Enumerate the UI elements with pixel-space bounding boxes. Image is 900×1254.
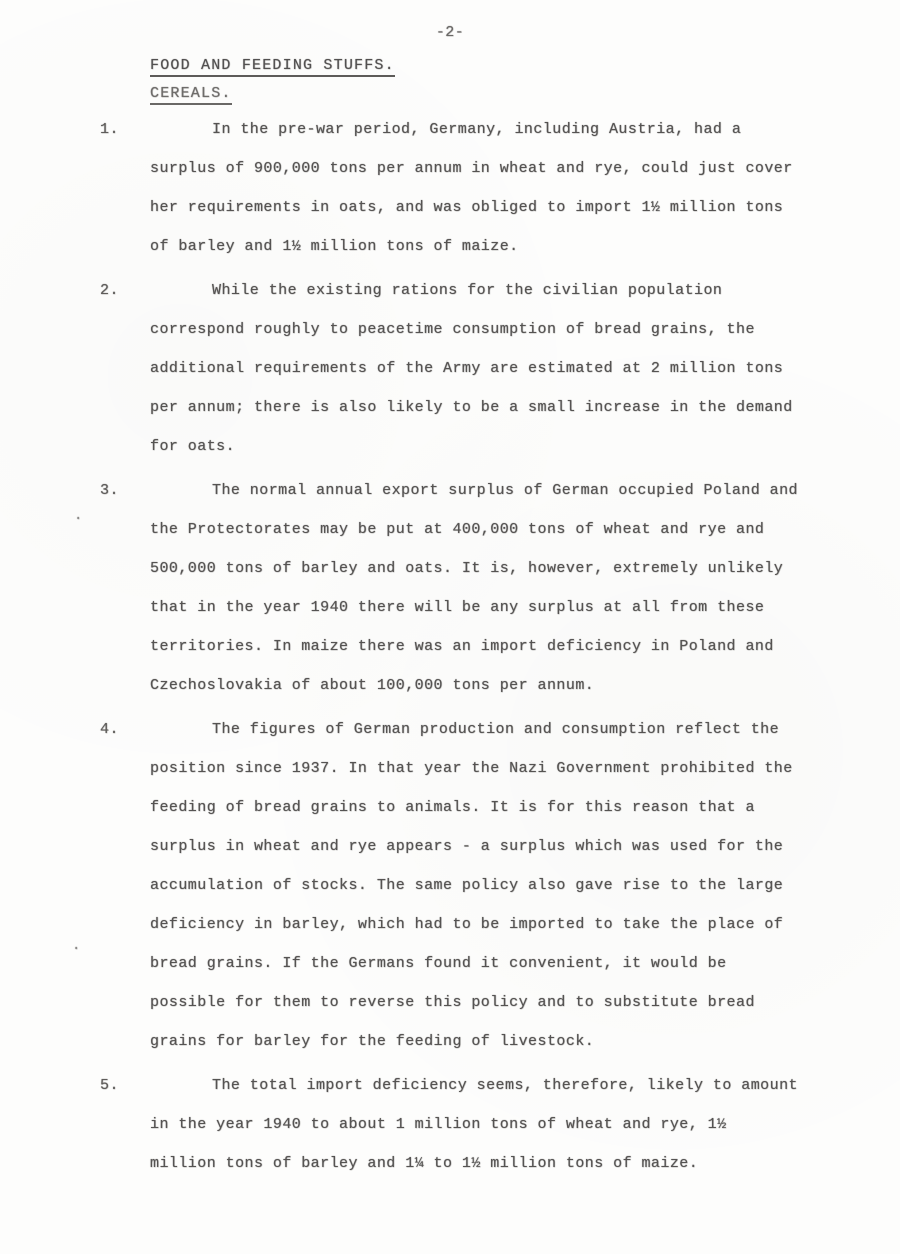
heading-block: FOOD AND FEEDING STUFFS. CEREALS. bbox=[150, 41, 800, 105]
paragraph-text: The normal annual export surplus of Germ… bbox=[150, 466, 798, 705]
paragraph-text: The figures of German production and con… bbox=[150, 705, 798, 1061]
paragraph-text: In the pre-war period, Germany, includin… bbox=[150, 105, 798, 266]
scanned-document-page: -2- FOOD AND FEEDING STUFFS. CEREALS. 1.… bbox=[0, 0, 900, 1254]
subsection-heading: CEREALS. bbox=[150, 85, 232, 105]
paragraph-number: 2. bbox=[100, 266, 150, 310]
subheading-row: CEREALS. bbox=[150, 85, 800, 105]
paragraph-number: 3. bbox=[100, 466, 150, 510]
page-number: -2- bbox=[0, 0, 900, 41]
paragraph-number: 1. bbox=[100, 105, 150, 149]
scan-speck: . bbox=[72, 938, 81, 954]
paragraph: 3. The normal annual export surplus of G… bbox=[100, 466, 800, 705]
paragraph: 2. While the existing rations for the ci… bbox=[100, 266, 800, 466]
paragraph: 5. The total import deficiency seems, th… bbox=[100, 1061, 800, 1183]
paragraph-text: While the existing rations for the civil… bbox=[150, 266, 798, 466]
page-content: FOOD AND FEEDING STUFFS. CEREALS. 1. In … bbox=[0, 41, 900, 1183]
paragraph-number: 5. bbox=[100, 1061, 150, 1105]
paragraph-text: The total import deficiency seems, there… bbox=[150, 1061, 798, 1183]
section-heading: FOOD AND FEEDING STUFFS. bbox=[150, 57, 395, 77]
paragraph: 1. In the pre-war period, Germany, inclu… bbox=[100, 105, 800, 266]
scan-speck: . bbox=[74, 508, 83, 524]
paragraph-number: 4. bbox=[100, 705, 150, 749]
paragraph: 4. The figures of German production and … bbox=[100, 705, 800, 1061]
